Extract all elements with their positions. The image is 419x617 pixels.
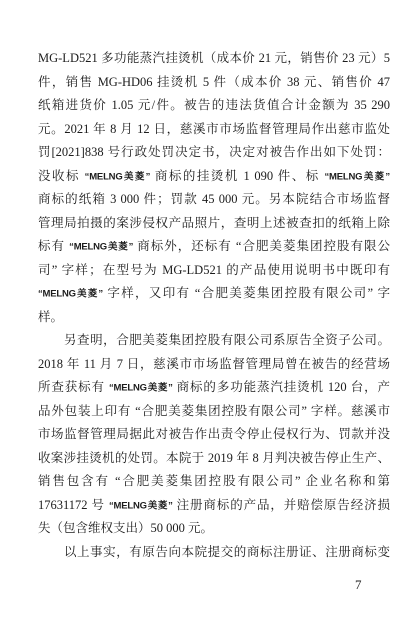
text-run: 字样，又印有 “合肥美菱集团控股有限公司” 字 (103, 286, 390, 300)
trademark-logo-text: “MELNG美菱” (38, 289, 103, 300)
text-run: 纸箱进货价 1.05 元/件。被告的违法货值合计金额为 35 290 (38, 98, 390, 112)
trademark-logo-text: “MELNG美菱” (109, 383, 173, 394)
document-line: 品外包装上印有 “合肥美菱集团控股有限公司” 字样。慈溪市 (38, 400, 390, 424)
document-body: MG-LD521 多功能蒸汽挂烫机（成本价 21 元，销售价 23 元）5件，销… (38, 47, 390, 564)
text-run: 失（包含维权支出）50 000 元。 (38, 521, 213, 535)
text-run: 销售包含有 “合肥美菱集团控股有限公司” 企业名称和第 (38, 474, 390, 488)
document-line: 商标的纸箱 3 000 件；罚款 45 000 元。另本院结合市场监督 (38, 188, 390, 212)
text-run: 另查明，合肥美菱集团控股有限公司系原告全资子公司。 (64, 333, 390, 347)
document-line: 件，销售 MG-HD06 挂烫机 5 件（成本价 38 元、销售价 47 元）， (38, 71, 390, 95)
trademark-logo-text: “MELNG美菱” (324, 171, 390, 182)
document-line: 元。2021 年 8 月 12 日，慈溪市市场监督管理局作出慈市监处 (38, 118, 390, 142)
document-line: “MELNG美菱” 字样，又印有 “合肥美菱集团控股有限公司” 字 (38, 282, 390, 306)
text-run: 罚[2021]838 号行政处罚决定书，决定对被告作出如下处罚： (38, 145, 390, 159)
document-line: 失（包含维权支出）50 000 元。 (38, 517, 390, 541)
document-line: 另查明，合肥美菱集团控股有限公司系原告全资子公司。 (38, 329, 390, 353)
text-run: 品外包装上印有 “合肥美菱集团控股有限公司” 字样。慈溪市 (38, 404, 390, 418)
document-line: 17631172 号 “MELNG美菱” 注册商标的产品，并赔偿原告经济损 (38, 494, 390, 518)
document-line: 所查获标有 “MELNG美菱” 商标的多功能蒸汽挂烫机 120 台，产 (38, 376, 390, 400)
document-line: 收案涉挂烫机的处罚。本院于 2019 年 8 月判决被告停止生产、 (38, 447, 390, 471)
text-run: 件，销售 MG-HD06 挂烫机 5 件（成本价 38 元、销售价 47 元）， (38, 75, 390, 95)
page-number: 7 (355, 577, 362, 593)
document-line: 没收标 “MELNG美菱” 商标的挂烫机 1 090 件、标 “MELNG美菱” (38, 165, 390, 189)
text-run: 商标的多功能蒸汽挂烫机 120 台，产 (173, 380, 390, 394)
text-run: 所查获标有 (38, 380, 109, 394)
document-line: 司” 字样；在型号为 MG-LD521 的产品使用说明书中既印有 (38, 259, 390, 283)
text-run: 2018 年 11 月 7 日，慈溪市市场监督管理局曾在被告的经营场 (38, 357, 390, 371)
trademark-logo-text: “MELNG美菱” (69, 242, 133, 253)
document-line: MG-LD521 多功能蒸汽挂烫机（成本价 21 元，销售价 23 元）5 (38, 47, 390, 71)
text-run: 没收标 (38, 169, 85, 183)
text-run: 司” 字样；在型号为 MG-LD521 的产品使用说明书中既印有 (38, 263, 390, 277)
text-run: 管理局拍摄的案涉侵权产品照片，查明上述被查扣的纸箱上除 (38, 216, 390, 230)
text-run: MG-LD521 多功能蒸汽挂烫机（成本价 21 元，销售价 23 元）5 (38, 51, 390, 65)
trademark-logo-text: “MELNG美菱” (85, 171, 151, 182)
document-line: 样。 (38, 306, 390, 330)
text-run: 市场监督管理局据此对被告作出责令停止侵权行为、罚款并没 (38, 427, 390, 441)
document-line: 以上事实，有原告向本院提交的商标注册证、注册商标变 (38, 541, 390, 565)
document-page: MG-LD521 多功能蒸汽挂烫机（成本价 21 元，销售价 23 元）5件，销… (0, 0, 419, 617)
text-run: 样。 (38, 310, 63, 324)
document-line: 2018 年 11 月 7 日，慈溪市市场监督管理局曾在被告的经营场 (38, 353, 390, 377)
document-line: 标有 “MELNG美菱” 商标外，还标有 “合肥美菱集团控股有限公 (38, 235, 390, 259)
text-run: 标有 (38, 239, 69, 253)
document-line: 纸箱进货价 1.05 元/件。被告的违法货值合计金额为 35 290 (38, 94, 390, 118)
text-run: 以上事实，有原告向本院提交的商标注册证、注册商标变 (64, 545, 390, 559)
text-run: 元。2021 年 8 月 12 日，慈溪市市场监督管理局作出慈市监处 (38, 122, 390, 136)
text-run: 17631172 号 (38, 498, 109, 512)
document-line: 销售包含有 “合肥美菱集团控股有限公司” 企业名称和第 (38, 470, 390, 494)
document-line: 市场监督管理局据此对被告作出责令停止侵权行为、罚款并没 (38, 423, 390, 447)
text-run: 收案涉挂烫机的处罚。本院于 2019 年 8 月判决被告停止生产、 (38, 451, 390, 465)
text-run: 注册商标的产品，并赔偿原告经济损 (173, 498, 390, 512)
document-line: 管理局拍摄的案涉侵权产品照片，查明上述被查扣的纸箱上除 (38, 212, 390, 236)
text-run: 商标外，还标有 “合肥美菱集团控股有限公 (133, 239, 390, 253)
text-run: 商标的挂烫机 1 090 件、标 (150, 169, 324, 183)
text-run: 商标的纸箱 3 000 件；罚款 45 000 元。另本院结合市场监督 (38, 192, 390, 206)
trademark-logo-text: “MELNG美菱” (109, 500, 173, 511)
document-line: 罚[2021]838 号行政处罚决定书，决定对被告作出如下处罚： (38, 141, 390, 165)
